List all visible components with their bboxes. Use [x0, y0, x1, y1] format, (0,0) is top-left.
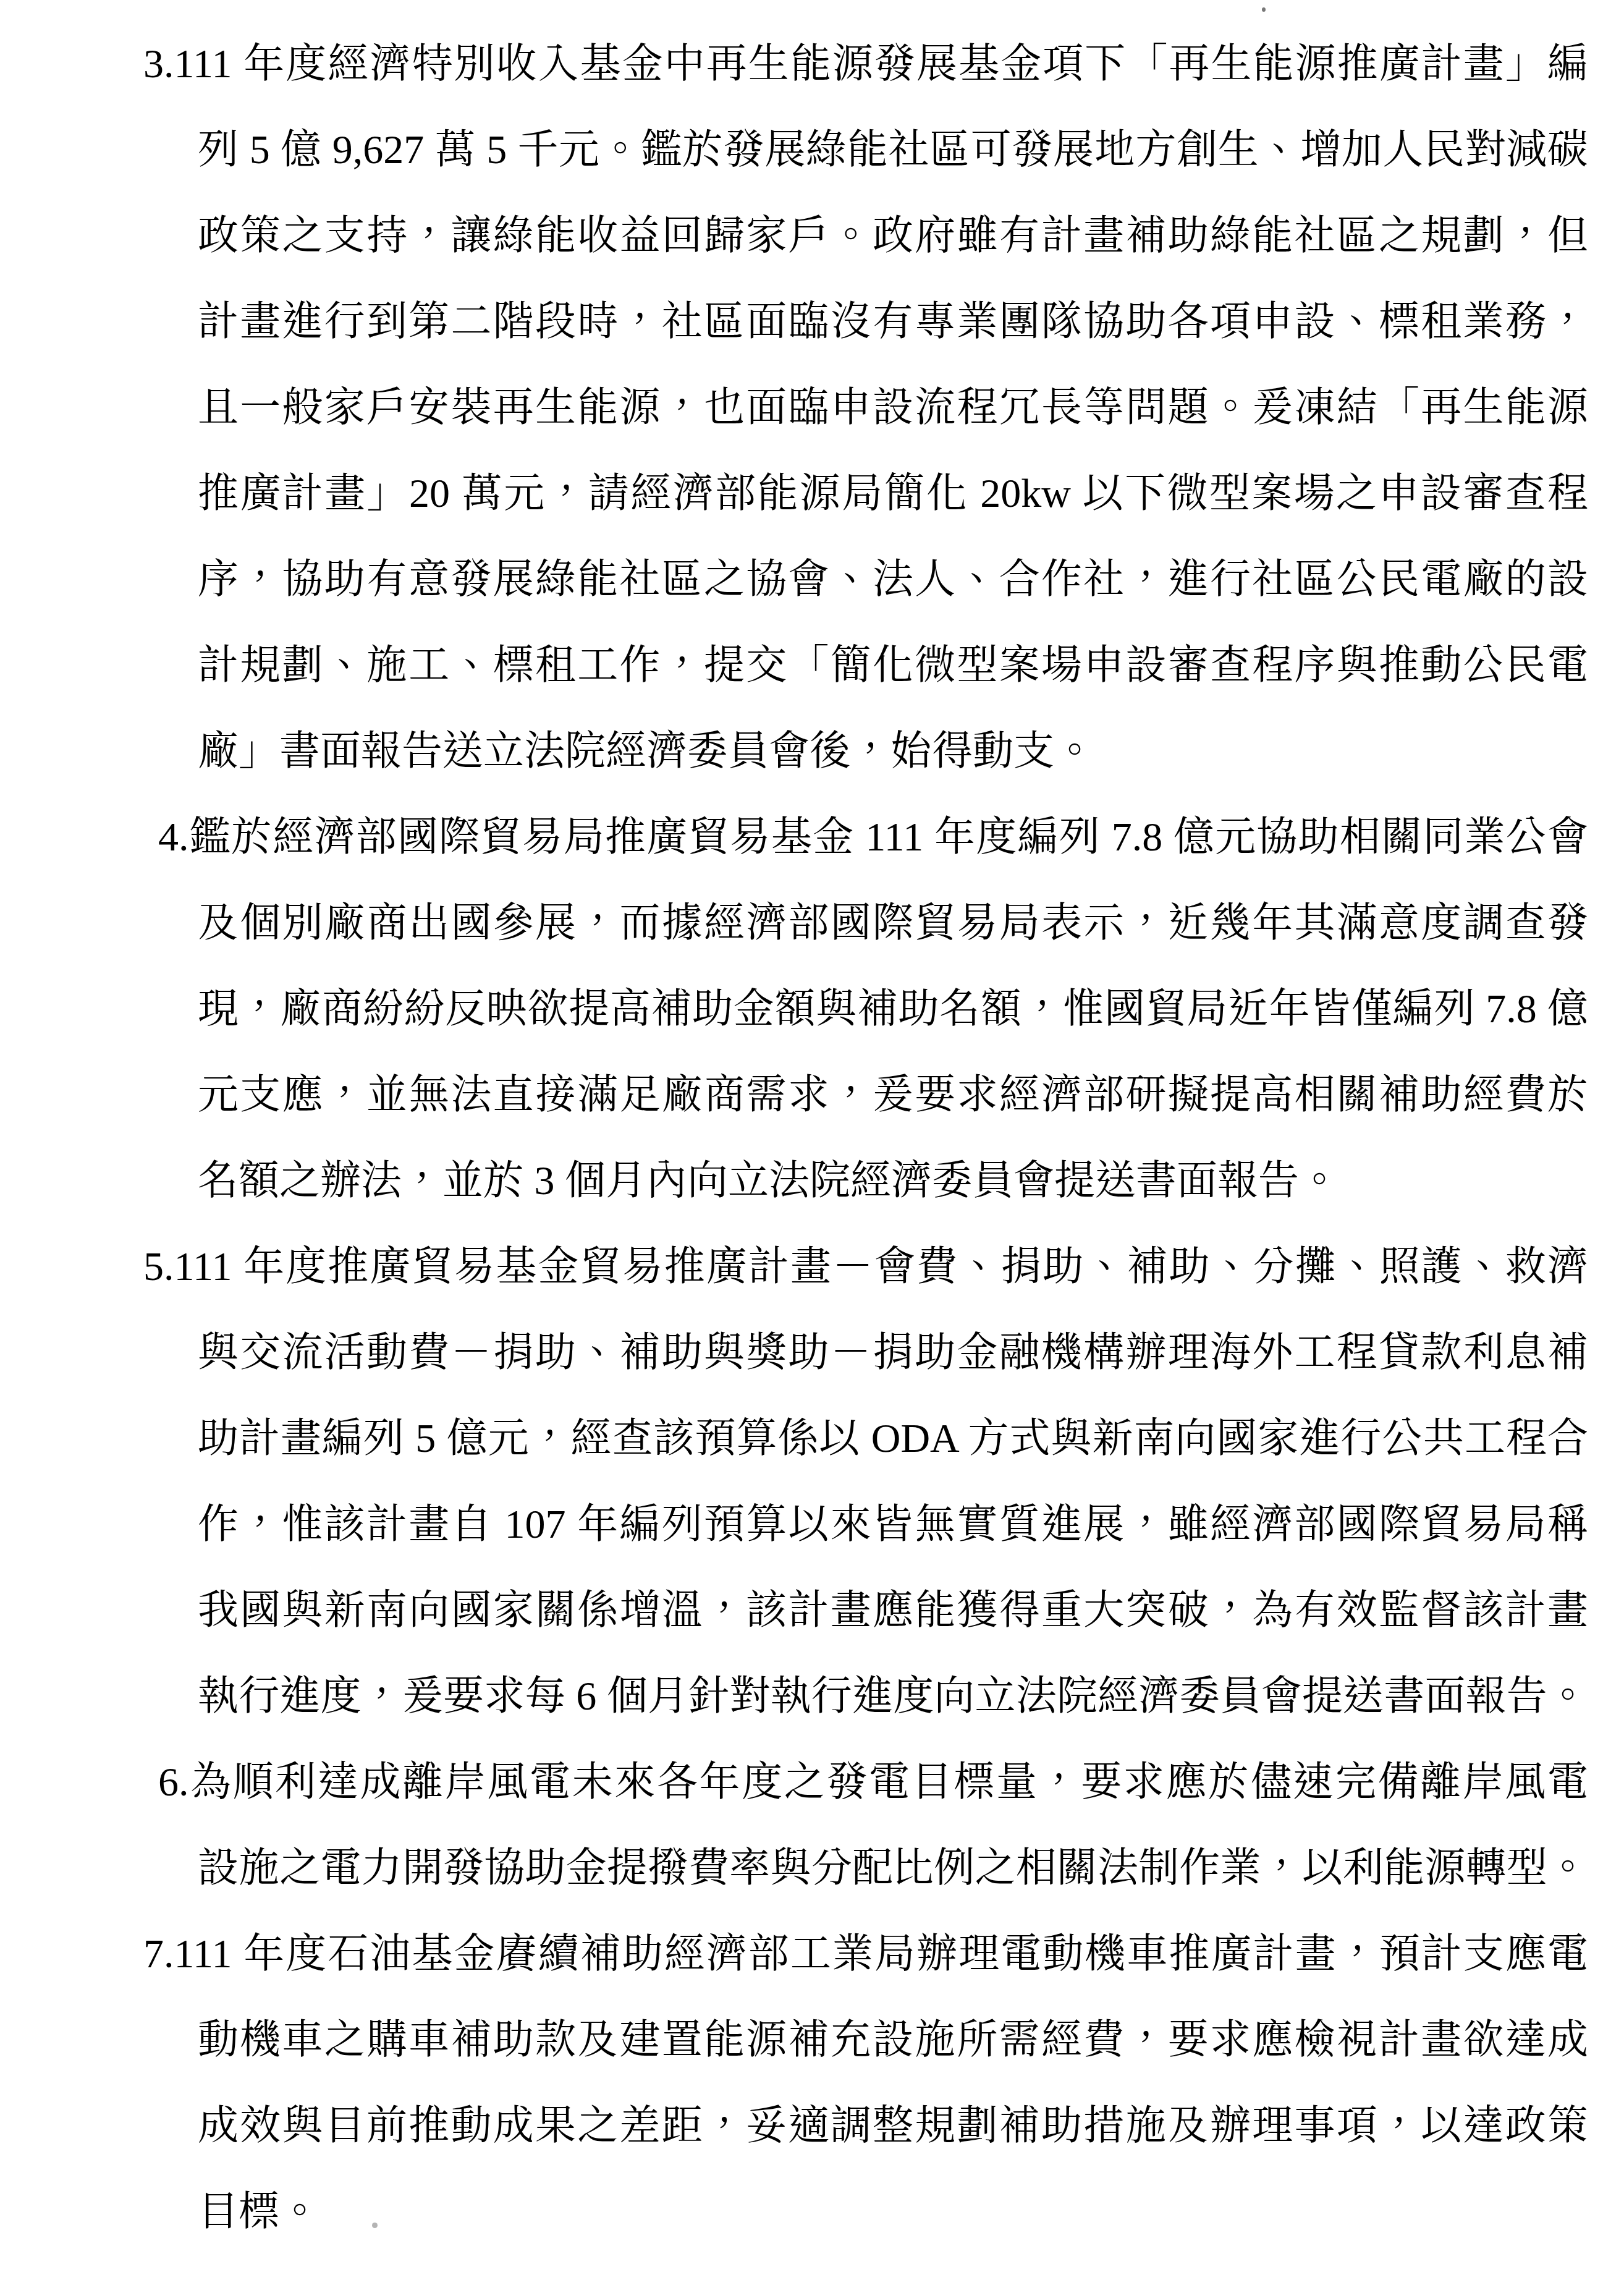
text-line: 助計畫編列 5 億元，經查該預算係以 ODA 方式與新南向國家進行公共工程合	[198, 1396, 1588, 1481]
text-line: 推廣計畫」20 萬元，請經濟部能源局簡化 20kw 以下微型案場之申設審查程	[198, 451, 1588, 536]
text-line: 序，協助有意發展綠能社區之協會、法人、合作社，進行社區公民電廠的設	[198, 536, 1588, 622]
list-item-7: 7.111 年度石油基金賡續補助經濟部工業局辦理電動機車推廣計畫，預計支應電 動…	[0, 1911, 1588, 2255]
list-item-4: 4.鑑於經濟部國際貿易局推廣貿易基金 111 年度編列 7.8 億元協助相關同業…	[0, 794, 1588, 1224]
text-line: 現，廠商紛紛反映欲提高補助金額與補助名額，惟國貿局近年皆僅編列 7.8 億	[198, 966, 1588, 1052]
text-line: 我國與新南向國家關係增溫，該計畫應能獲得重大突破，為有效監督該計畫	[198, 1567, 1588, 1653]
text-line: 動機車之購車補助款及建置能源補充設施所需經費，要求應檢視計畫欲達成	[198, 1997, 1588, 2083]
text-line: 政策之支持，讓綠能收益回歸家戶。政府雖有計畫補助綠能社區之規劃，但	[198, 193, 1588, 279]
text-line: 3.111 年度經濟特別收入基金中再生能源發展基金項下「再生能源推廣計畫」編	[143, 21, 1588, 107]
list-item-3: 3.111 年度經濟特別收入基金中再生能源發展基金項下「再生能源推廣計畫」編 列…	[0, 21, 1588, 794]
text-line: 列 5 億 9,627 萬 5 千元。鑑於發展綠能社區可發展地方創生、增加人民對…	[198, 107, 1588, 193]
list-item-6: 6.為順利達成離岸風電未來各年度之發電目標量，要求應於儘速完備離岸風電 設施之電…	[0, 1739, 1588, 1911]
text-line: 設施之電力開發協助金提撥費率與分配比例之相關法制作業，以利能源轉型。	[198, 1825, 1588, 1911]
text-line: 廠」書面報告送立法院經濟委員會後，始得動支。	[198, 708, 1588, 794]
scan-speck	[372, 2223, 378, 2228]
text-line: 計規劃、施工、標租工作，提交「簡化微型案場申設審查程序與推動公民電	[198, 622, 1588, 708]
text-line: 執行進度，爰要求每 6 個月針對執行進度向立法院經濟委員會提送書面報告。	[198, 1653, 1588, 1739]
text-line: 作，惟該計畫自 107 年編列預算以來皆無實質進展，雖經濟部國際貿易局稱	[198, 1481, 1588, 1567]
text-line: 4.鑑於經濟部國際貿易局推廣貿易基金 111 年度編列 7.8 億元協助相關同業…	[158, 794, 1588, 880]
text-line: 7.111 年度石油基金賡續補助經濟部工業局辦理電動機車推廣計畫，預計支應電	[143, 1911, 1588, 1997]
text-line: 計畫進行到第二階段時，社區面臨沒有專業團隊協助各項申設、標租業務，	[198, 279, 1588, 365]
text-line: 目標。	[198, 2169, 1588, 2255]
text-line: 且一般家戶安裝再生能源，也面臨申設流程冗長等問題。爰凍結「再生能源	[198, 365, 1588, 451]
scan-speck	[1262, 7, 1266, 12]
document-page: 3.111 年度經濟特別收入基金中再生能源發展基金項下「再生能源推廣計畫」編 列…	[0, 0, 1624, 2272]
text-line: 6.為順利達成離岸風電未來各年度之發電目標量，要求應於儘速完備離岸風電	[158, 1739, 1588, 1825]
text-line: 及個別廠商出國參展，而據經濟部國際貿易局表示，近幾年其滿意度調查發	[198, 880, 1588, 966]
text-line: 5.111 年度推廣貿易基金貿易推廣計畫－會費、捐助、補助、分攤、照護、救濟	[143, 1224, 1588, 1310]
text-line: 名額之辦法，並於 3 個月內向立法院經濟委員會提送書面報告。	[198, 1138, 1588, 1224]
text-line: 與交流活動費－捐助、補助與獎助－捐助金融機構辦理海外工程貸款利息補	[198, 1310, 1588, 1396]
text-line: 元支應，並無法直接滿足廠商需求，爰要求經濟部研擬提高相關補助經費於	[198, 1052, 1588, 1138]
text-line: 成效與目前推動成果之差距，妥適調整規劃補助措施及辦理事項，以達政策	[198, 2083, 1588, 2169]
list-item-5: 5.111 年度推廣貿易基金貿易推廣計畫－會費、捐助、補助、分攤、照護、救濟 與…	[0, 1224, 1588, 1739]
text-block: 3.111 年度經濟特別收入基金中再生能源發展基金項下「再生能源推廣計畫」編 列…	[0, 21, 1588, 2255]
